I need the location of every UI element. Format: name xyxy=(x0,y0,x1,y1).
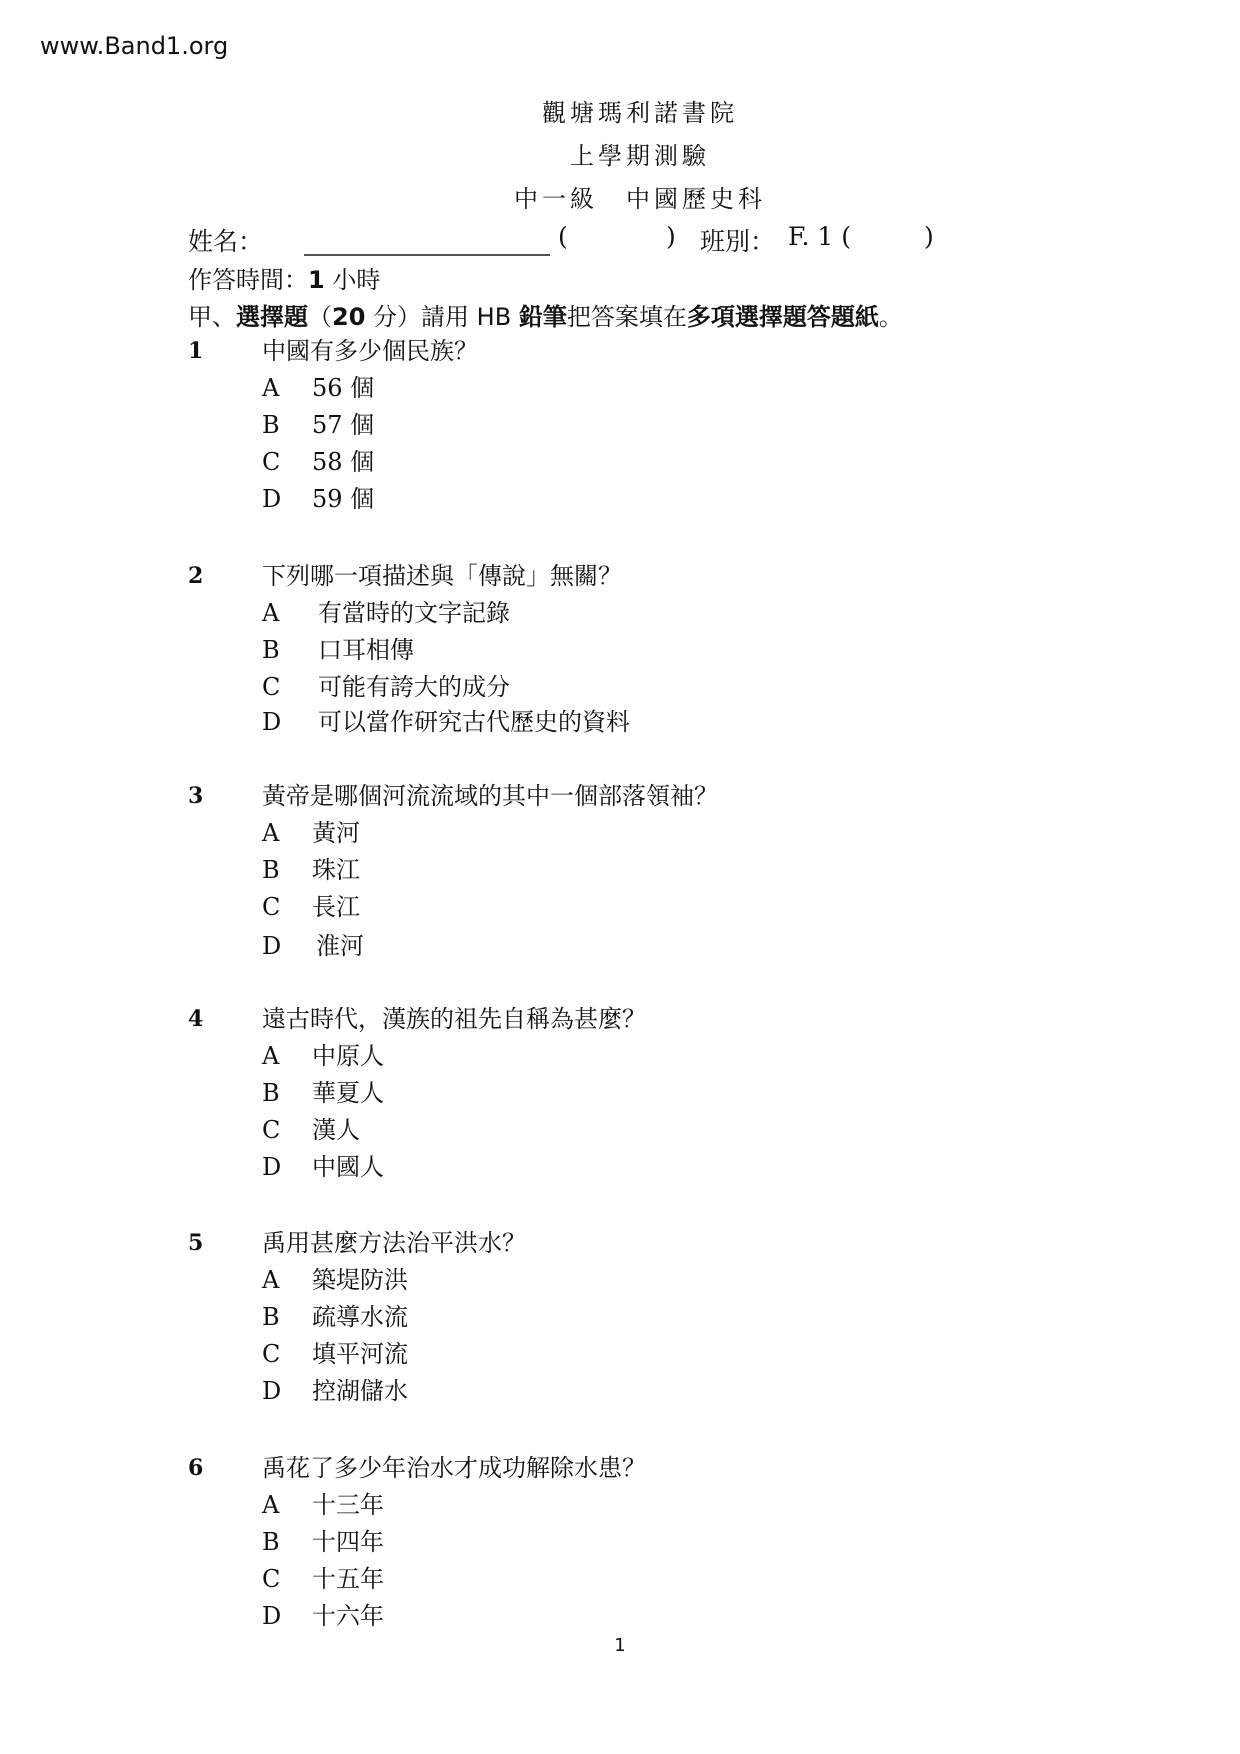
option-letter: D xyxy=(262,704,318,740)
page-number: 1 xyxy=(0,1635,1240,1656)
option-b: B十四年 xyxy=(262,1524,384,1560)
option-c: C58 個 xyxy=(262,444,374,480)
number-close-paren: ) xyxy=(666,222,676,251)
option-letter: A xyxy=(262,370,312,406)
school-name: 觀塘瑪利諾書院 xyxy=(0,92,1240,135)
option-letter: B xyxy=(262,1299,312,1335)
option-text: 口耳相傳 xyxy=(318,632,414,668)
option-b: B華夏人 xyxy=(262,1075,384,1111)
option-d: D59 個 xyxy=(262,481,374,517)
section-header: 甲、選擇題（20 分）請用 HB 鉛筆把答案填在多項選擇題答題紙。 xyxy=(188,297,903,332)
option-letter: D xyxy=(262,1598,312,1634)
instruction-pencil: 鉛筆 xyxy=(519,303,567,331)
option-letter: C xyxy=(262,1561,312,1597)
question-number: 6 xyxy=(188,1450,203,1486)
option-text: 黃河 xyxy=(312,815,360,851)
option-a: A築堤防洪 xyxy=(262,1262,408,1298)
instruction-part: 把答案填在 xyxy=(567,303,687,331)
option-letter: B xyxy=(262,407,312,443)
option-letter: A xyxy=(262,595,318,631)
option-a: A56 個 xyxy=(262,370,374,406)
instruction-part: 請用 HB xyxy=(421,303,519,331)
option-text: 漢人 xyxy=(312,1112,360,1148)
question-text: 遠古時代，漢族的祖先自稱為甚麼？ xyxy=(262,1001,646,1037)
option-letter: B xyxy=(262,852,312,888)
option-letter: A xyxy=(262,1487,312,1523)
option-letter: A xyxy=(262,815,312,851)
question-number: 5 xyxy=(188,1225,203,1261)
time-value: 1 xyxy=(308,266,325,294)
option-d: D中國人 xyxy=(262,1149,384,1185)
option-c: C漢人 xyxy=(262,1112,360,1148)
exam-title: 上學期測驗 xyxy=(0,135,1240,178)
option-letter: C xyxy=(262,444,312,480)
option-d: D十六年 xyxy=(262,1598,384,1634)
option-letter: B xyxy=(262,1524,312,1560)
option-a: A十三年 xyxy=(262,1487,384,1523)
name-field[interactable] xyxy=(304,254,550,256)
option-letter: C xyxy=(262,1336,312,1372)
question-number: 3 xyxy=(188,778,203,814)
class-close-paren: ) xyxy=(924,222,934,251)
question-text: 下列哪一項描述與「傳說」無關？ xyxy=(262,558,622,594)
option-letter: D xyxy=(262,928,316,964)
question-text: 禹用甚麼方法治平洪水？ xyxy=(262,1225,526,1261)
option-text: 57 個 xyxy=(312,407,374,443)
option-letter: A xyxy=(262,1262,312,1298)
option-letter: A xyxy=(262,1038,312,1074)
option-letter: D xyxy=(262,481,312,517)
option-text: 長江 xyxy=(312,889,360,925)
question-text: 禹花了多少年治水才成功解除水患？ xyxy=(262,1450,646,1486)
marks-open: （ xyxy=(308,303,332,331)
marks-unit: 分 xyxy=(365,303,397,331)
option-text: 中國人 xyxy=(312,1149,384,1185)
option-letter: C xyxy=(262,1112,312,1148)
watermark: www.Band1.org xyxy=(40,32,228,60)
option-letter: D xyxy=(262,1373,312,1409)
option-text: 56 個 xyxy=(312,370,374,406)
option-text: 十四年 xyxy=(312,1524,384,1560)
option-c: C可能有誇大的成分 xyxy=(262,669,510,705)
instruction-end: 。 xyxy=(879,303,903,331)
option-text: 十六年 xyxy=(312,1598,384,1634)
question-text: 中國有多少個民族？ xyxy=(262,333,478,369)
option-c: C十五年 xyxy=(262,1561,384,1597)
option-letter: C xyxy=(262,669,318,705)
section-title: 選擇題 xyxy=(236,303,308,331)
option-text: 中原人 xyxy=(312,1038,384,1074)
subject-title: 中一級 中國歷史科 xyxy=(0,178,1240,221)
option-text: 珠江 xyxy=(312,852,360,888)
option-a: A有當時的文字記錄 xyxy=(262,595,510,631)
class-label: 班別： xyxy=(700,222,775,258)
section-prefix: 甲、 xyxy=(188,303,236,331)
option-text: 十三年 xyxy=(312,1487,384,1523)
option-text: 疏導水流 xyxy=(312,1299,408,1335)
exam-header: 觀塘瑪利諾書院 上學期測驗 中一級 中國歷史科 xyxy=(0,92,1240,221)
question-text: 黃帝是哪個河流流域的其中一個部落領袖？ xyxy=(262,778,718,814)
option-b: B疏導水流 xyxy=(262,1299,408,1335)
option-text: 有當時的文字記錄 xyxy=(318,595,510,631)
option-c: C填平河流 xyxy=(262,1336,408,1372)
option-text: 可能有誇大的成分 xyxy=(318,669,510,705)
class-prefix: F. 1 ( xyxy=(788,222,851,251)
number-open-paren: ( xyxy=(558,222,568,251)
time-label: 作答時間： xyxy=(188,266,308,294)
marks-close: ） xyxy=(397,303,421,331)
option-letter: B xyxy=(262,632,318,668)
option-text: 華夏人 xyxy=(312,1075,384,1111)
time-allowed: 作答時間：1 小時 xyxy=(188,260,380,295)
option-text: 淮河 xyxy=(316,928,364,964)
option-d: D淮河 xyxy=(262,928,364,964)
time-unit: 小時 xyxy=(325,266,381,294)
name-label: 姓名： xyxy=(188,222,263,258)
option-b: B珠江 xyxy=(262,852,360,888)
option-text: 十五年 xyxy=(312,1561,384,1597)
option-c: C長江 xyxy=(262,889,360,925)
option-letter: B xyxy=(262,1075,312,1111)
option-letter: C xyxy=(262,889,312,925)
question-number: 2 xyxy=(188,558,203,594)
option-text: 填平河流 xyxy=(312,1336,408,1372)
question-number: 1 xyxy=(188,333,203,369)
option-text: 59 個 xyxy=(312,481,374,517)
option-a: A黃河 xyxy=(262,815,360,851)
option-text: 可以當作研究古代歷史的資料 xyxy=(318,704,630,740)
option-text: 58 個 xyxy=(312,444,374,480)
option-text: 控湖儲水 xyxy=(312,1373,408,1409)
option-b: B口耳相傳 xyxy=(262,632,414,668)
option-d: D可以當作研究古代歷史的資料 xyxy=(262,704,630,740)
option-d: D控湖儲水 xyxy=(262,1373,408,1409)
instruction-answer-sheet: 多項選擇題答題紙 xyxy=(687,303,879,331)
option-b: B57 個 xyxy=(262,407,374,443)
option-letter: D xyxy=(262,1149,312,1185)
option-a: A中原人 xyxy=(262,1038,384,1074)
question-number: 4 xyxy=(188,1001,203,1037)
section-marks: 20 xyxy=(332,303,365,331)
option-text: 築堤防洪 xyxy=(312,1262,408,1298)
